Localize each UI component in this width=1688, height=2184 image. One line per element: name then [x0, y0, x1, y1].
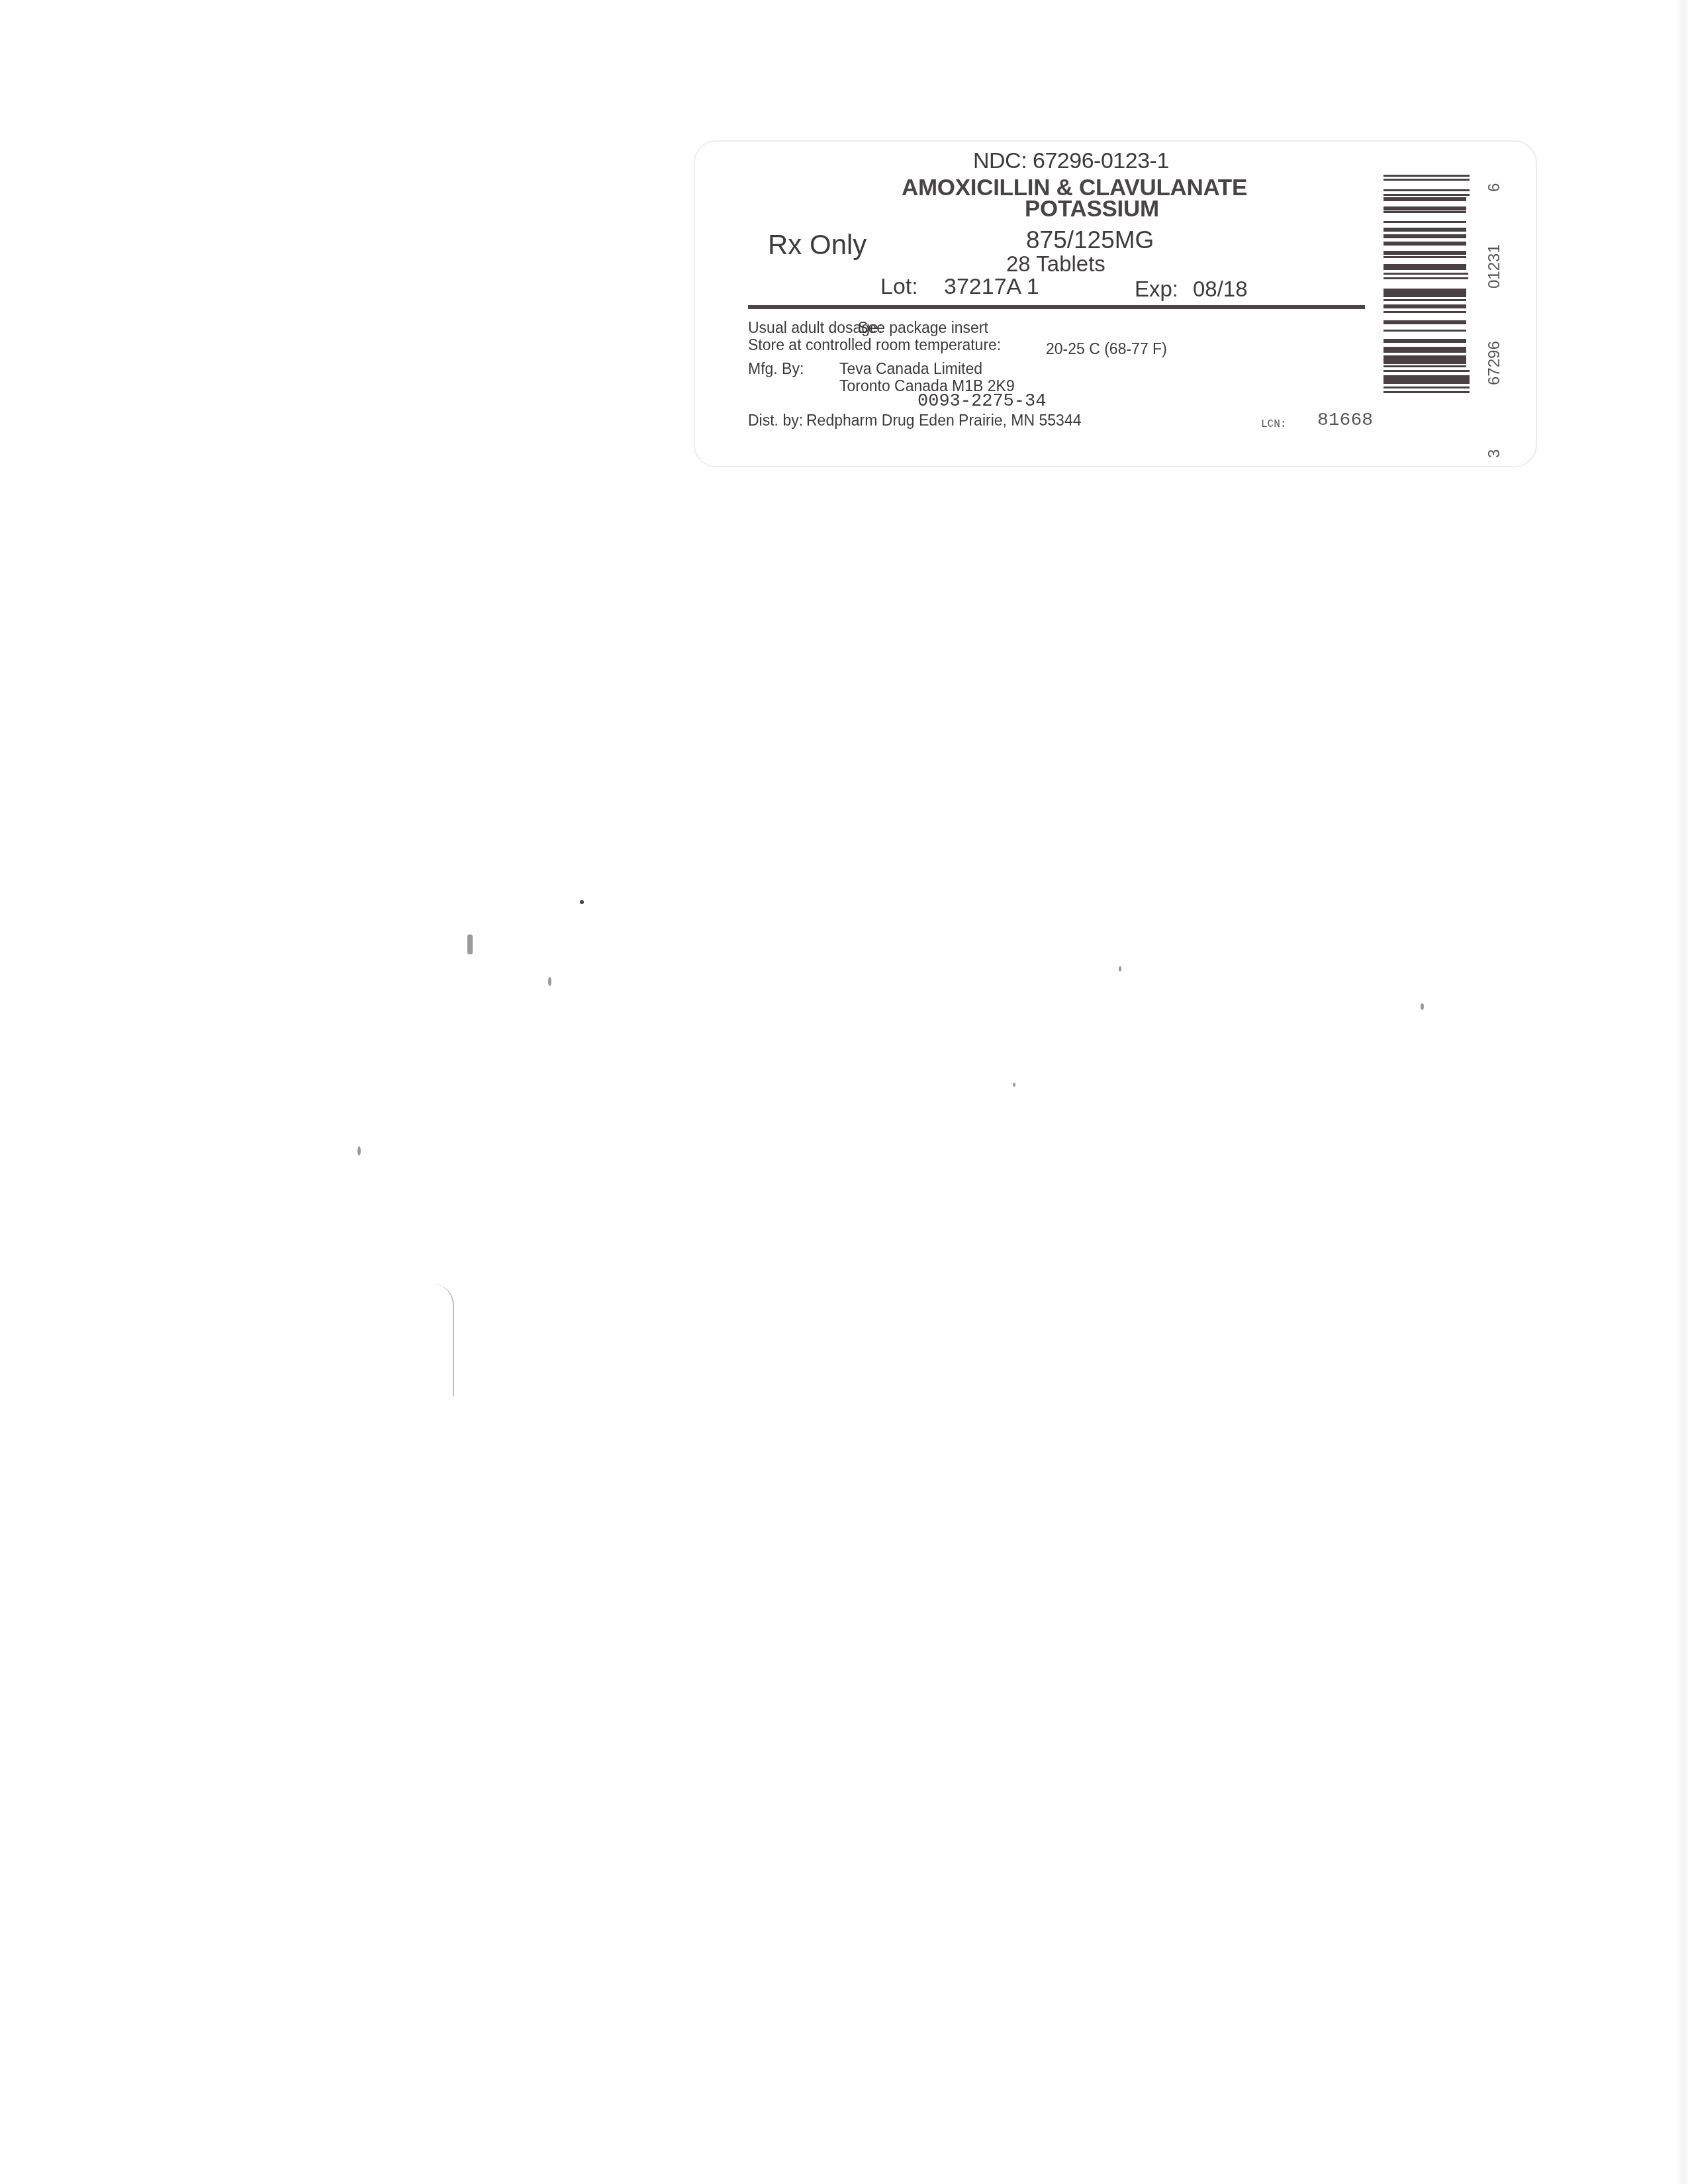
- barcode-bar: [1383, 234, 1466, 238]
- scan-speck: [580, 900, 584, 904]
- barcode-bar: [1383, 228, 1466, 232]
- barcode-bar: [1383, 375, 1470, 384]
- scan-hair-mark: [433, 1284, 454, 1396]
- barcode-bar: [1383, 387, 1470, 388]
- scan-speck: [1013, 1083, 1015, 1087]
- drug-name-continued: POTASSIUM: [1025, 196, 1159, 222]
- barcode-bar: [1383, 299, 1466, 301]
- lcn-label: LCN:: [1261, 418, 1286, 430]
- lot-label: Lot:: [880, 274, 918, 300]
- prescription-label: NDC: 67296-0123-1 AMOXICILLIN & CLAVULAN…: [694, 140, 1537, 467]
- barcode-bar: [1383, 365, 1466, 367]
- barcode-bar: [1383, 330, 1466, 332]
- barcode-digit-right: 01231: [1485, 244, 1504, 289]
- barcode-bar: [1383, 197, 1466, 201]
- barcode-bar: [1383, 304, 1466, 308]
- barcode-image: [1383, 168, 1476, 426]
- distributor-info: Redpharm Drug Eden Prairie, MN 55344: [806, 412, 1081, 430]
- barcode-bar: [1383, 242, 1466, 246]
- expiry-label: Exp:: [1135, 277, 1178, 302]
- barcode-digits: 3 67296 01231 6: [1481, 142, 1508, 466]
- barcode-bar: [1383, 175, 1470, 177]
- scan-speck: [357, 1146, 361, 1156]
- barcode-bar: [1383, 347, 1466, 353]
- barcode-bar: [1383, 251, 1466, 255]
- barcode-bar: [1383, 339, 1466, 343]
- barcode-bar: [1383, 320, 1466, 324]
- barcode-bar: [1383, 211, 1466, 213]
- scan-speck: [1119, 966, 1121, 972]
- expiry-date: 08/18: [1193, 277, 1248, 302]
- lcn-number: 81668: [1317, 410, 1373, 431]
- ndc-number: NDC: 67296-0123-1: [973, 148, 1169, 174]
- barcode-bar: [1383, 221, 1466, 223]
- scan-speck: [1421, 1003, 1424, 1010]
- barcode-bar: [1383, 206, 1466, 210]
- barcode-bar: [1383, 355, 1466, 364]
- barcode-bar: [1383, 311, 1466, 313]
- manufacturer-label: Mfg. By:: [748, 360, 804, 378]
- barcode-bar: [1383, 256, 1466, 258]
- lot-number: 37217A 1: [944, 274, 1039, 300]
- drug-strength: 875/125MG: [1026, 226, 1154, 254]
- barcode-bar: [1383, 370, 1470, 372]
- tablet-count: 28 Tablets: [1006, 251, 1105, 277]
- barcode-bar: [1383, 264, 1466, 270]
- rx-only-notice: Rx Only: [768, 229, 867, 261]
- barcode-bar: [1383, 277, 1468, 279]
- barcode-bar: [1383, 289, 1466, 297]
- barcode-bar: [1383, 189, 1470, 191]
- barcode-bar: [1383, 179, 1470, 181]
- scan-page-edge: [1676, 0, 1688, 2184]
- barcode-bar: [1383, 273, 1468, 275]
- storage-temperature: 20-25 C (68-77 F): [1046, 340, 1167, 358]
- barcode-digit-system: 3: [1485, 449, 1504, 458]
- dosage-value: See package insert: [858, 319, 988, 337]
- scan-speck: [467, 934, 473, 954]
- barcode-bar: [1383, 391, 1470, 393]
- storage-label: Store at controlled room temperature:: [748, 336, 1001, 354]
- barcode-bar: [1383, 194, 1470, 196]
- barcode-digit-left: 67296: [1485, 341, 1504, 385]
- manufacturer-code: 0093-2275-34: [917, 392, 1046, 412]
- divider-rule: [748, 305, 1365, 309]
- distributor-label: Dist. by:: [748, 412, 803, 430]
- manufacturer-name: Teva Canada Limited: [839, 360, 982, 378]
- barcode-digit-check: 6: [1485, 183, 1504, 192]
- scan-speck: [548, 977, 551, 986]
